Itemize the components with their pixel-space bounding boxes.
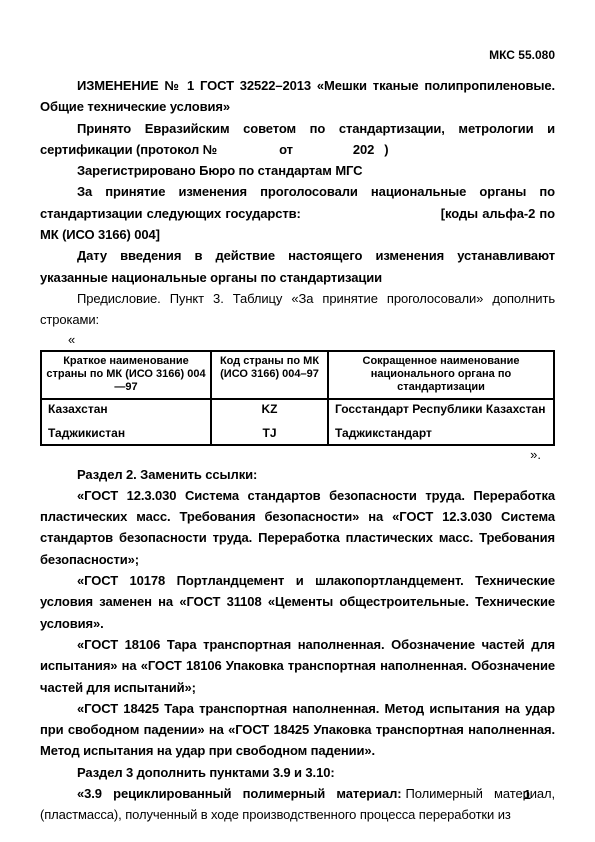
title-paragraph: ИЗМЕНЕНИЕ № 1 ГОСТ 32522–2013 «Мешки тка… [40,75,555,118]
table-cell: Таджикистан [48,426,206,441]
opening-quote-mark: « [40,331,555,348]
document-page: МКС 55.080 ИЗМЕНЕНИЕ № 1 ГОСТ 32522–2013… [0,0,595,842]
column-country-names: Казахстан Таджикистан [42,400,212,444]
table-body: Казахстан Таджикистан KZ TJ Госстандарт … [42,400,553,444]
ref2-paragraph: «ГОСТ 10178 Портландцемент и шлакопортла… [40,570,555,634]
accepted-paragraph: Принято Евразийским советом по стандарти… [40,118,555,161]
ref1-paragraph: «ГОСТ 12.3.030 Система стандартов безопа… [40,485,555,570]
razdel2-paragraph: Раздел 2. Заменить ссылки: [40,464,555,485]
table-cell: KZ [216,402,323,417]
ot-label: от [279,142,293,157]
table-cell: TJ [216,426,323,441]
ref4-paragraph: «ГОСТ 18425 Тара транспортная наполненна… [40,698,555,762]
header-country-code: Код страны по МК (ИСО 3166) 004–97 [212,352,329,400]
column-org-names: Госстандарт Республики Казахстан Таджикс… [329,400,553,444]
close-paren: ) [384,142,388,157]
mks-code: МКС 55.080 [40,48,555,62]
closing-quote-mark: ». [40,446,555,463]
effective-date-paragraph: Дату введения в действие настоящего изме… [40,245,555,288]
predislovie-paragraph: Предисловие. Пункт 3. Таблицу «За принят… [40,288,555,331]
razdel3-paragraph: Раздел 3 дополнить пунктами 3.9 и 3.10: [40,762,555,783]
table-header-row: Краткое наименование страны по МК (ИСО 3… [42,352,553,400]
table-cell: Таджикстандарт [335,426,549,441]
accepted-text: Принято Евразийским советом по стандарти… [40,121,555,157]
term-39-paragraph: «3.9 рециклированный полимерный материал… [40,783,555,826]
column-country-codes: KZ TJ [212,400,329,444]
term-39-bold: «3.9 рециклированный полимерный материал… [77,786,402,801]
page-number: 1 [524,787,531,802]
countries-table: Краткое наименование страны по МК (ИСО 3… [40,350,555,446]
voted-paragraph: За принятие изменения проголосовали наци… [40,181,555,245]
table-cell: Казахстан [48,402,206,417]
header-org-name: Сокращенное наименование национального о… [329,352,553,400]
registered-paragraph: Зарегистрировано Бюро по стандартам МГС [40,160,555,181]
year-prefix: 202 [353,142,374,157]
header-country-name: Краткое наименование страны по МК (ИСО 3… [42,352,212,400]
ref3-paragraph: «ГОСТ 18106 Тара транспортная наполненна… [40,634,555,698]
table-cell: Госстандарт Республики Казахстан [335,402,549,417]
